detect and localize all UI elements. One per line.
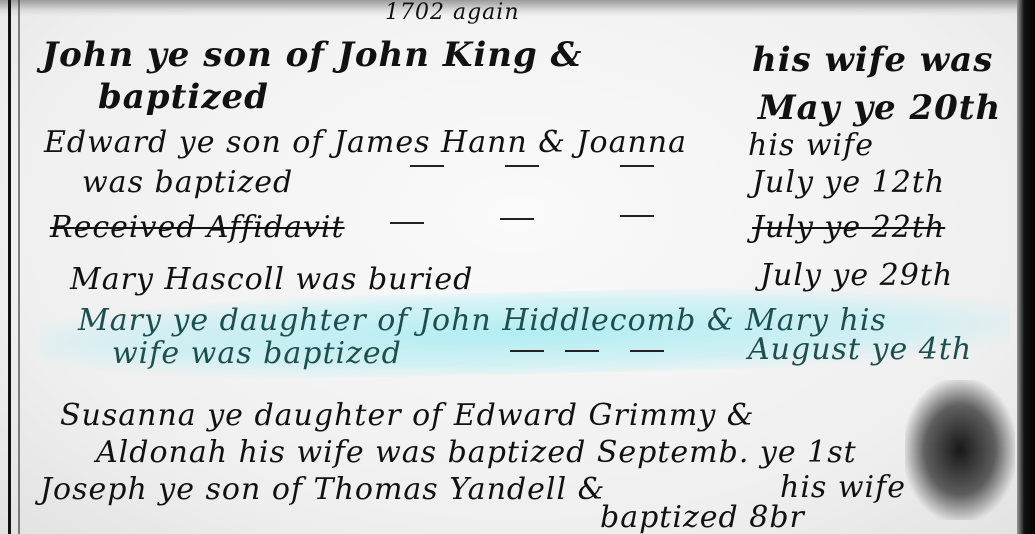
filler-dash (390, 222, 424, 224)
entry-1-line-1: John ye son of John King & (42, 35, 582, 75)
filler-dash (410, 165, 444, 167)
filler-dash (565, 350, 599, 352)
entry-7-line-2: baptized 8br (600, 500, 805, 534)
filler-dash (500, 218, 534, 220)
filler-dash (620, 165, 654, 167)
entry-2-line-2: was baptized (82, 165, 293, 200)
entry-2-date-line-1: his wife (748, 128, 874, 163)
entry-5-line-2: wife was baptized (112, 336, 402, 371)
left-margin-rule (8, 0, 11, 534)
entry-1-date-line-1: his wife was (752, 40, 993, 80)
entry-6-line-2: Aldonah his wife was baptized Septemb. y… (96, 435, 857, 470)
header-note: 1702 again (385, 0, 520, 25)
entry-2-date: July ye 12th (752, 165, 945, 200)
page-right-edge (1017, 0, 1035, 534)
register-page: 1702 again John ye son of John King & ba… (0, 0, 1035, 534)
entry-1-line-2: baptized (98, 77, 269, 117)
entry-3-line-1: Received Affidavit (50, 210, 345, 245)
entry-7-line-1: Joseph ye son of Thomas Yandell & (40, 472, 605, 507)
entry-5-date: August ye 4th (748, 332, 972, 367)
filler-dash (630, 350, 664, 352)
ink-stain (905, 380, 1015, 520)
entry-4-date: July ye 29th (760, 258, 953, 293)
left-margin-rule-inner (18, 0, 20, 534)
entry-1-date: May ye 20th (758, 88, 1001, 128)
filler-dash (505, 165, 539, 167)
filler-dash (620, 215, 654, 217)
entry-6-line-1: Susanna ye daughter of Edward Grimmy & (60, 398, 755, 433)
entry-3-date: July ye 22th (752, 210, 945, 245)
entry-2-line-1: Edward ye son of James Hann & Joanna (44, 125, 687, 160)
entry-4-line-1: Mary Hascoll was buried (70, 262, 473, 297)
filler-dash (510, 350, 544, 352)
